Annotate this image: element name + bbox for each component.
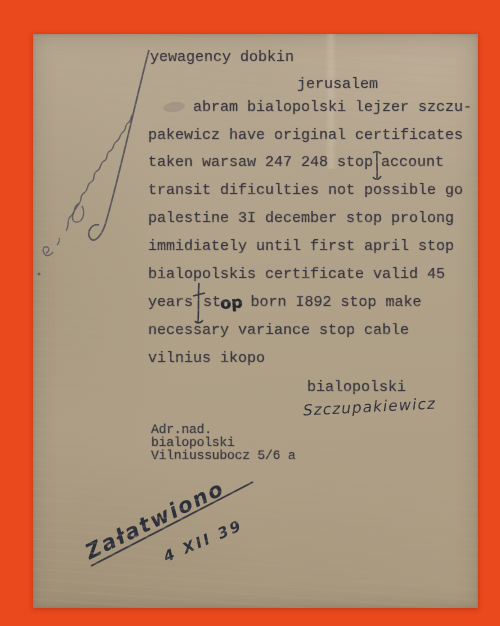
telegram-body-line: palestine 3I december stop prolong bbox=[148, 209, 454, 228]
telegram-body-line: vilnius ikopo bbox=[148, 349, 265, 368]
orange-mat-background: yewagency dobkin jerusalem abram bialopo… bbox=[0, 0, 500, 626]
telegram-body-line: years stop born I892 stop make bbox=[148, 293, 422, 312]
telegram-paper: yewagency dobkin jerusalem abram bialopo… bbox=[33, 34, 478, 608]
margin-dot-mark bbox=[38, 273, 41, 276]
body-text: born I892 stop make bbox=[241, 293, 421, 312]
telegram-body-line: taken warsaw 247 248 stop account bbox=[148, 153, 444, 172]
typed-signature: bialopolski bbox=[307, 378, 406, 397]
resolution-note: Załatwiono bbox=[81, 476, 228, 564]
telegram-body-line: abram bialopolski lejzer szczu- bbox=[193, 98, 472, 117]
body-text: years bbox=[148, 293, 193, 312]
telegram-city-line: jerusalem bbox=[297, 75, 378, 94]
margin-scribble-loop bbox=[72, 204, 83, 222]
telegram-body-line: immidiately until first april stop bbox=[148, 237, 454, 256]
body-text: account bbox=[381, 153, 444, 172]
body-text: st bbox=[203, 293, 221, 312]
margin-line bbox=[89, 50, 149, 240]
handwritten-signature: Szczupakiewicz bbox=[303, 395, 437, 420]
telegram-body-line: transit dificulties not possible go bbox=[148, 181, 463, 200]
margin-e-mark bbox=[43, 247, 53, 256]
telegram-body-line: necessary variance stop cable bbox=[148, 321, 409, 340]
overwritten-text: op bbox=[219, 292, 243, 313]
sender-address-line: Vilniussubocz 5/6 a bbox=[151, 449, 295, 462]
body-text: taken warsaw 247 248 stop bbox=[148, 153, 373, 172]
telegram-recipient-line: yewagency dobkin bbox=[150, 48, 294, 67]
telegram-body-line: pakewicz have original certificates bbox=[148, 126, 463, 145]
margin-scribble bbox=[66, 114, 133, 231]
ink-smudge bbox=[162, 101, 185, 114]
margin-comma-mark bbox=[57, 238, 59, 245]
